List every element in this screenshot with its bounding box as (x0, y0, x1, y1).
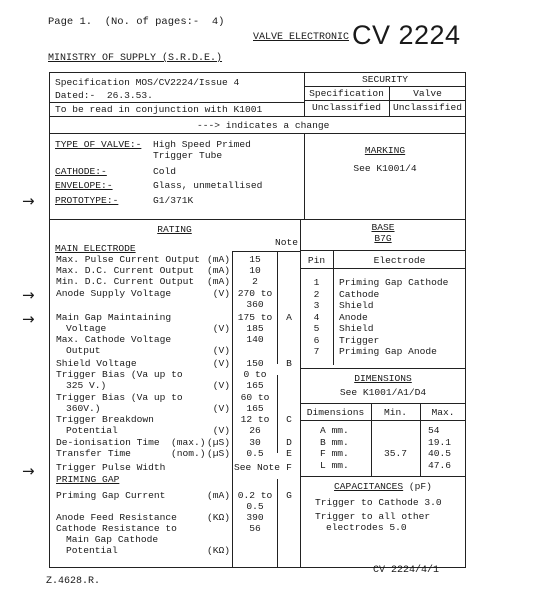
pin-electrode: Cathode (339, 289, 379, 300)
dimension-max: 19.1 (428, 437, 451, 448)
rating-label: Cathode Resistance to (56, 523, 177, 534)
rating-label: Potential (66, 425, 118, 436)
dimension-max: 47.6 (428, 460, 451, 471)
dimension-label: A mm. (320, 425, 349, 436)
pin-number: 3 (300, 300, 333, 311)
type-label: TYPE OF VALVE:- (55, 139, 141, 150)
rating-label: Shield Voltage (56, 358, 137, 369)
security-spec-value: Unclassified (304, 102, 389, 113)
note-column-divider (277, 375, 278, 453)
pin-number: 7 (300, 346, 333, 357)
dimension-label: L mm. (320, 460, 349, 471)
dimension-label: F mm. (320, 448, 349, 459)
rating-unit: (V) (190, 288, 230, 299)
rating-value: 10 (233, 265, 277, 276)
note-header: Note (275, 237, 298, 248)
rating-value: 30 (233, 437, 277, 448)
rating-note: G (279, 490, 299, 501)
pin-number: 4 (300, 312, 333, 323)
rating-label: Min. D.C. Current Output (56, 276, 194, 287)
dimension-max: 40.5 (428, 448, 451, 459)
dimension-min: 35.7 (371, 448, 420, 459)
change-arrow-icon: → (22, 195, 35, 207)
rating-value: 390 (233, 512, 277, 523)
rating-value: 56 (233, 523, 277, 534)
rating-label: Trigger Pulse Width (56, 462, 165, 473)
note-column-divider (277, 251, 278, 364)
rating-label: 325 V.) (66, 380, 106, 391)
envelope-value: Glass, unmetallised (153, 180, 262, 191)
change-arrow-icon: → (22, 465, 35, 477)
rating-unit: (V) (190, 425, 230, 436)
rating-unit: (V) (190, 358, 230, 369)
change-arrow-icon: → (22, 289, 35, 301)
dim-col-header: Dimensions (300, 407, 371, 418)
rating-unit: (V) (190, 345, 230, 356)
rating-label: Max. D.C. Current Output (56, 265, 194, 276)
dimensions-ref: See K1001/A1/D4 (300, 387, 466, 398)
rating-value: 15 (233, 254, 277, 265)
divider (300, 403, 466, 404)
prototype-value: G1/371K (153, 195, 193, 206)
rating-value: 0.5 (233, 448, 277, 459)
divider (300, 268, 466, 269)
rating-value: 150 (233, 358, 277, 369)
rating-unit: (KΩ) (190, 512, 230, 523)
rating-label: Anode Supply Voltage (56, 288, 171, 299)
rating-value: 0.5 (233, 501, 277, 512)
type-value: High Speed Primed (153, 139, 251, 150)
electrode-header: Electrode (333, 255, 466, 266)
divider (49, 219, 466, 220)
dimensions-title: DIMENSIONS (300, 373, 466, 384)
marking-value: See K1001/4 (304, 163, 466, 174)
rating-unit: (µS) (190, 448, 230, 459)
rating-unit: (mA) (190, 254, 230, 265)
note-column-divider (277, 479, 278, 568)
rating-label: Output (66, 345, 101, 356)
page-number: Page 1. (No. of pages:- 4) (48, 17, 224, 28)
rating-note: A (279, 312, 299, 323)
rating-value: 26 (233, 425, 277, 436)
divider (300, 250, 466, 251)
rating-unit: (mA) (190, 276, 230, 287)
spec-read-with: To be read in conjunction with K1001 (55, 104, 262, 115)
rating-label: Main Gap Maintaining (56, 312, 171, 323)
rating-label: Max. Cathode Voltage (56, 334, 171, 345)
priming-gap-heading: PRIMING GAP (56, 474, 119, 485)
cathode-label: CATHODE:- (55, 166, 107, 177)
security-spec-header: Specification (304, 88, 389, 99)
capacitance-trigger-all: Trigger to all other (315, 511, 430, 522)
rating-value: 60 to (233, 392, 277, 403)
rating-unit: (µS) (190, 437, 230, 448)
rating-unit: (V) (190, 403, 230, 414)
rating-title: RATING (49, 224, 300, 235)
dimension-max: 54 (428, 425, 440, 436)
divider (49, 116, 466, 117)
rating-note: D (279, 437, 299, 448)
rating-label: Main Gap Cathode (66, 534, 158, 545)
security-valve-header: Valve (389, 88, 466, 99)
rating-unit: (KΩ) (190, 545, 230, 556)
pin-electrode: Trigger (339, 335, 379, 346)
divider (49, 133, 466, 134)
rating-note: E (279, 448, 299, 459)
rating-value: 270 to (233, 288, 277, 299)
rating-note: C (279, 414, 299, 425)
rating-value: 185 (233, 323, 277, 334)
capacitances-heading: CAPACITANCES (pF) (300, 481, 466, 492)
capacitances-title: CAPACITANCES (334, 481, 403, 492)
marking-title: MARKING (304, 145, 466, 156)
spec-date: Dated:- 26.3.53. (55, 90, 153, 101)
change-legend: ---> indicates a change (197, 120, 329, 131)
pin-number: 1 (300, 277, 333, 288)
rating-label: Trigger Bias (Va up to (56, 369, 183, 380)
divider (304, 86, 466, 87)
spec-number: Specification MOS/CV2224/Issue 4 (55, 77, 239, 88)
dimension-label: B mm. (320, 437, 349, 448)
security-title: SECURITY (304, 74, 466, 85)
divider (304, 100, 466, 101)
base-title: BASE (300, 222, 466, 233)
pin-number: 5 (300, 323, 333, 334)
rating-value: 0.2 to (233, 490, 277, 501)
rating-value: 0 to (233, 369, 277, 380)
rating-value: See Note (232, 462, 282, 473)
divider (300, 476, 466, 477)
divider (300, 368, 466, 369)
rating-label: Max. Pulse Current Output (56, 254, 200, 265)
rating-unit: (V) (190, 380, 230, 391)
cathode-value: Cold (153, 166, 176, 177)
max-col-header: Max. (420, 407, 466, 418)
rating-note: B (279, 358, 299, 369)
rating-unit: (mA) (190, 265, 230, 276)
divider (232, 251, 300, 252)
rating-label: Transfer Time (56, 448, 131, 459)
rating-label: Voltage (66, 323, 106, 334)
type-value-2: Trigger Tube (153, 150, 222, 161)
pin-header: Pin (300, 255, 333, 266)
capacitances-unit: (pF) (409, 481, 432, 492)
rating-unit: (mA) (190, 490, 230, 501)
pin-electrode: Anode (339, 312, 368, 323)
min-col-header: Min. (371, 407, 420, 418)
security-valve-value: Unclassified (389, 102, 466, 113)
rating-label: 360V.) (66, 403, 101, 414)
pin-number: 2 (300, 289, 333, 300)
rating-value: 2 (233, 276, 277, 287)
cv-number-title: CV 2224 (352, 20, 461, 50)
pin-number: 6 (300, 335, 333, 346)
divider (300, 420, 466, 421)
rating-value: 140 (233, 334, 277, 345)
pin-electrode: Shield (339, 300, 374, 311)
base-type: B7G (300, 233, 466, 244)
pin-electrode: Shield (339, 323, 374, 334)
capacitance-trigger-all-2: electrodes 5.0 (326, 522, 407, 533)
rating-label: Potential (66, 545, 118, 556)
pin-electrode: Priming Gap Cathode (339, 277, 448, 288)
rating-value: 165 (233, 403, 277, 414)
rating-label: Trigger Bias (Va up to (56, 392, 183, 403)
rating-value: 165 (233, 380, 277, 391)
envelope-label: ENVELOPE:- (55, 180, 113, 191)
prototype-label: PROTOTYPE:- (55, 195, 118, 206)
rating-label: Anode Feed Resistance (56, 512, 177, 523)
rating-label: De-ionisation Time (56, 437, 160, 448)
valve-category: VALVE ELECTRONIC (253, 32, 349, 43)
rating-label: Priming Gap Current (56, 490, 165, 501)
rating-value: 12 to (233, 414, 277, 425)
rating-label: Trigger Breakdown (56, 414, 154, 425)
capacitance-trigger-cathode: Trigger to Cathode 3.0 (315, 497, 442, 508)
rating-value: 360 (233, 299, 277, 310)
main-electrode-heading: MAIN ELECTRODE (55, 243, 136, 254)
rating-unit: (V) (190, 323, 230, 334)
pin-electrode: Priming Gap Anode (339, 346, 437, 357)
footer-ref: CV 2224/4/1 (373, 565, 439, 576)
divider (49, 102, 304, 103)
rating-value: 175 to (233, 312, 277, 323)
rating-note: F (279, 462, 299, 473)
footer-code: Z.4628.R. (46, 576, 100, 587)
ministry-heading: MINISTRY OF SUPPLY (S.R.D.E.) (48, 53, 222, 64)
change-arrow-icon: → (22, 313, 35, 325)
